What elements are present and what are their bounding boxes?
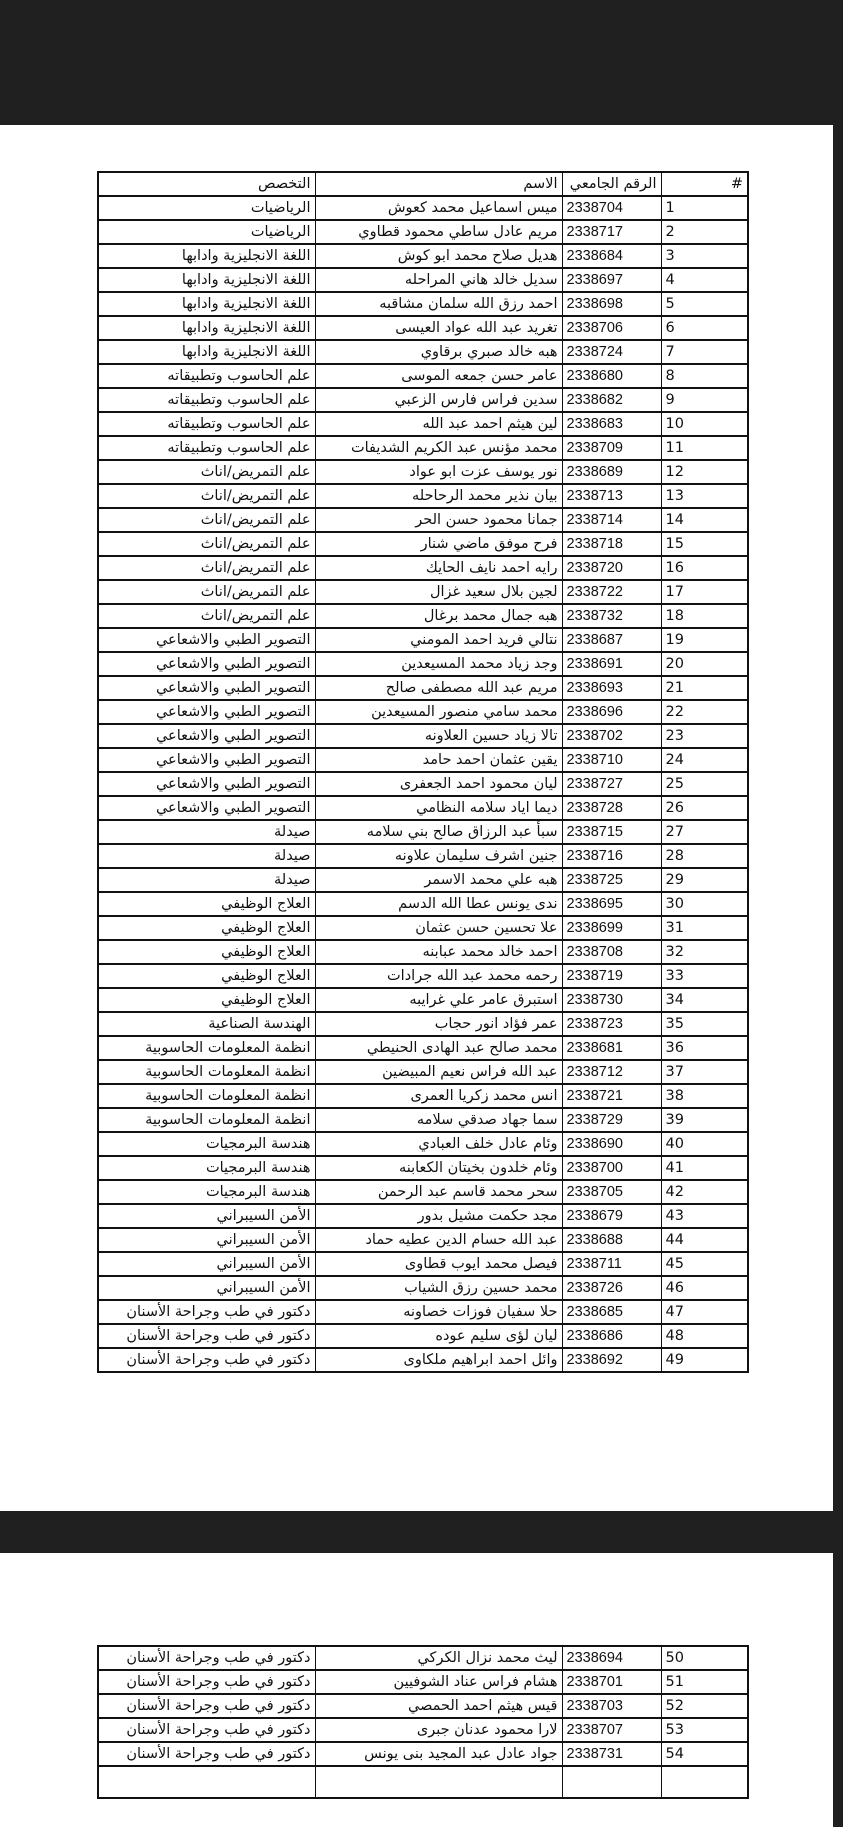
table-row: 342338730استبرق عامر علي غرايبهالعلاج ال… (98, 988, 748, 1012)
specialty-cell: علم الحاسوب وتطبيقاته (98, 364, 315, 388)
university-id-cell: 2338690 (562, 1132, 661, 1156)
student-name-cell: محمد حسين رزق الشياب (315, 1276, 562, 1300)
student-name-cell: ديما اياد سلامه النظامي (315, 796, 562, 820)
table-row: 12338704ميس اسماعيل محمد كعوشالرياضيات (98, 196, 748, 220)
specialty-cell: علم التمريض/اناث (98, 508, 315, 532)
specialty-cell: العلاج الوظيفي (98, 916, 315, 940)
student-name-cell: وئام عادل خلف العبادي (315, 1132, 562, 1156)
row-number: 32 (661, 940, 748, 964)
specialty-cell: التصوير الطبي والاشعاعي (98, 724, 315, 748)
row-number: 14 (661, 508, 748, 532)
university-id-cell: 2338686 (562, 1324, 661, 1348)
specialty-cell: العلاج الوظيفي (98, 988, 315, 1012)
row-number: 37 (661, 1060, 748, 1084)
row-number: 45 (661, 1252, 748, 1276)
specialty-cell: علم التمريض/اناث (98, 604, 315, 628)
table-row: 102338683لين هيثم احمد عبد اللهعلم الحاس… (98, 412, 748, 436)
university-id-cell: 2338684 (562, 244, 661, 268)
university-id-cell: 2338689 (562, 460, 661, 484)
student-name-cell: سحر محمد قاسم عبد الرحمن (315, 1180, 562, 1204)
university-id-cell: 2338703 (562, 1694, 661, 1718)
row-number: 8 (661, 364, 748, 388)
students-table: # الرقم الجامعي الاسم التخصص 12338704ميس… (97, 171, 749, 1373)
university-id-cell: 2338717 (562, 220, 661, 244)
row-number: 49 (661, 1348, 748, 1372)
specialty-cell: اللغة الانجليزية وادابها (98, 292, 315, 316)
university-id-cell: 2338702 (562, 724, 661, 748)
student-name-cell: عبد الله حسام الدين عطيه حماد (315, 1228, 562, 1252)
empty-cell (315, 1766, 562, 1798)
table-row: 252338727ليان محمود احمد الجعفرىالتصوير … (98, 772, 748, 796)
table-row: 112338709محمد مؤنس عبد الكريم الشديفاتعل… (98, 436, 748, 460)
university-id-cell: 2338719 (562, 964, 661, 988)
university-id-cell: 2338727 (562, 772, 661, 796)
university-id-cell: 2338710 (562, 748, 661, 772)
table-row: 372338712عبد الله فراس نعيم المبيضينانظم… (98, 1060, 748, 1084)
row-number: 38 (661, 1084, 748, 1108)
table-row: 492338692وائل احمد ابراهيم ملكاوىدكتور ف… (98, 1348, 748, 1372)
specialty-cell: صيدلة (98, 868, 315, 892)
university-id-cell: 2338731 (562, 1742, 661, 1766)
row-number: 20 (661, 652, 748, 676)
table-row: 502338694ليث محمد نزال الكركيدكتور في طب… (98, 1646, 748, 1670)
table-row: 292338725هبه علي محمد الاسمرصيدلة (98, 868, 748, 892)
specialty-cell: الأمن السيبراني (98, 1252, 315, 1276)
table-row: 402338690وئام عادل خلف العباديهندسة البر… (98, 1132, 748, 1156)
table-row: 392338729سما جهاد صدقي سلامهانظمة المعلو… (98, 1108, 748, 1132)
row-number: 24 (661, 748, 748, 772)
university-id-cell: 2338722 (562, 580, 661, 604)
document-page-2: 502338694ليث محمد نزال الكركيدكتور في طب… (0, 1553, 833, 1827)
student-name-cell: جمانا محمود حسن الحر (315, 508, 562, 532)
student-name-cell: قيس هيثم احمد الحمصي (315, 1694, 562, 1718)
student-name-cell: وجد زياد محمد المسيعدين (315, 652, 562, 676)
student-name-cell: تغريد عبد الله عواد العيسى (315, 316, 562, 340)
student-name-cell: هبه علي محمد الاسمر (315, 868, 562, 892)
student-name-cell: احمد خالد محمد عبابنه (315, 940, 562, 964)
university-id-cell: 2338698 (562, 292, 661, 316)
university-id-cell: 2338721 (562, 1084, 661, 1108)
table-row: 262338728ديما اياد سلامه النظاميالتصوير … (98, 796, 748, 820)
table-row: 22338717مريم عادل ساطي محمود قطاويالرياض… (98, 220, 748, 244)
specialty-cell: التصوير الطبي والاشعاعي (98, 772, 315, 796)
university-id-cell: 2338728 (562, 796, 661, 820)
row-number: 4 (661, 268, 748, 292)
specialty-cell: علم الحاسوب وتطبيقاته (98, 436, 315, 460)
row-number: 34 (661, 988, 748, 1012)
row-number: 28 (661, 844, 748, 868)
university-id-cell: 2338707 (562, 1718, 661, 1742)
university-id-cell: 2338696 (562, 700, 661, 724)
row-number: 6 (661, 316, 748, 340)
empty-cell (562, 1766, 661, 1798)
university-id-cell: 2338720 (562, 556, 661, 580)
right-dark-edge (833, 125, 843, 1827)
specialty-cell: صيدلة (98, 844, 315, 868)
student-name-cell: سدين فراس فارس الزعبي (315, 388, 562, 412)
student-name-cell: محمد صالح عبد الهادى الحنيطي (315, 1036, 562, 1060)
student-name-cell: فرح موفق ماضي شنار (315, 532, 562, 556)
table-row: 272338715سبأ عبد الرزاق صالح بني سلامهصي… (98, 820, 748, 844)
row-number: 54 (661, 1742, 748, 1766)
row-number: 30 (661, 892, 748, 916)
student-name-cell: ندى يونس عطا الله الدسم (315, 892, 562, 916)
specialty-cell: العلاج الوظيفي (98, 964, 315, 988)
specialty-cell: دكتور في طب وجراحة الأسنان (98, 1348, 315, 1372)
table-row: 412338700وئام خلدون بخيتان الكعابنههندسة… (98, 1156, 748, 1180)
university-id-cell: 2338682 (562, 388, 661, 412)
row-number: 2 (661, 220, 748, 244)
table-row: 462338726محمد حسين رزق الشيابالأمن السيب… (98, 1276, 748, 1300)
table-row: 542338731جواد عادل عبد المجيد بنى يونسدك… (98, 1742, 748, 1766)
row-number: 5 (661, 292, 748, 316)
empty-cell (661, 1766, 748, 1798)
table-row: 192338687نتالي فريد احمد المومنيالتصوير … (98, 628, 748, 652)
student-name-cell: رحمه محمد عبد الله جرادات (315, 964, 562, 988)
specialty-cell: التصوير الطبي والاشعاعي (98, 796, 315, 820)
specialty-cell: انظمة المعلومات الحاسوبية (98, 1084, 315, 1108)
table-row: 532338707لارا محمود عدنان جبرىدكتور في ط… (98, 1718, 748, 1742)
empty-cell (98, 1766, 315, 1798)
row-number: 53 (661, 1718, 748, 1742)
table-row: 172338722لجين بلال سعيد غزالعلم التمريض/… (98, 580, 748, 604)
specialty-cell: دكتور في طب وجراحة الأسنان (98, 1694, 315, 1718)
row-number: 40 (661, 1132, 748, 1156)
row-number: 41 (661, 1156, 748, 1180)
student-name-cell: نور يوسف عزت ابو عواد (315, 460, 562, 484)
student-name-cell: لارا محمود عدنان جبرى (315, 1718, 562, 1742)
table-row: 182338732هبه جمال محمد برغالعلم التمريض/… (98, 604, 748, 628)
table-row: 242338710يقين عثمان احمد حامدالتصوير الط… (98, 748, 748, 772)
table-row: 132338713بيان نذير محمد الرحاحلهعلم التم… (98, 484, 748, 508)
university-id-cell: 2338714 (562, 508, 661, 532)
row-number: 16 (661, 556, 748, 580)
table-row: 522338703قيس هيثم احمد الحمصيدكتور في طب… (98, 1694, 748, 1718)
university-id-cell: 2338724 (562, 340, 661, 364)
student-name-cell: هبه جمال محمد برغال (315, 604, 562, 628)
specialty-cell: اللغة الانجليزية وادابها (98, 340, 315, 364)
student-name-cell: هشام فراس عناد الشوفيين (315, 1670, 562, 1694)
top-dark-band (0, 0, 843, 125)
row-number: 44 (661, 1228, 748, 1252)
student-name-cell: يقين عثمان احمد حامد (315, 748, 562, 772)
specialty-cell: هندسة البرمجيات (98, 1132, 315, 1156)
header-university-id: الرقم الجامعي (562, 172, 661, 196)
row-number: 13 (661, 484, 748, 508)
specialty-cell: اللغة الانجليزية وادابها (98, 244, 315, 268)
specialty-cell: علم التمريض/اناث (98, 484, 315, 508)
row-number: 1 (661, 196, 748, 220)
university-id-cell: 2338726 (562, 1276, 661, 1300)
row-number: 11 (661, 436, 748, 460)
student-name-cell: نتالي فريد احمد المومني (315, 628, 562, 652)
university-id-cell: 2338732 (562, 604, 661, 628)
student-name-cell: فيصل محمد ايوب قطاوى (315, 1252, 562, 1276)
table-row: 202338691وجد زياد محمد المسيعدينالتصوير … (98, 652, 748, 676)
table-row: 72338724هبه خالد صبري برقاوياللغة الانجل… (98, 340, 748, 364)
table-row: 302338695ندى يونس عطا الله الدسمالعلاج ا… (98, 892, 748, 916)
student-name-cell: لجين بلال سعيد غزال (315, 580, 562, 604)
specialty-cell: التصوير الطبي والاشعاعي (98, 700, 315, 724)
student-name-cell: عامر حسن جمعه الموسى (315, 364, 562, 388)
specialty-cell: العلاج الوظيفي (98, 892, 315, 916)
table-row: 82338680عامر حسن جمعه الموسىعلم الحاسوب … (98, 364, 748, 388)
table-header-row: # الرقم الجامعي الاسم التخصص (98, 172, 748, 196)
university-id-cell: 2338683 (562, 412, 661, 436)
table-row: 332338719رحمه محمد عبد الله جراداتالعلاج… (98, 964, 748, 988)
specialty-cell: التصوير الطبي والاشعاعي (98, 748, 315, 772)
student-name-cell: لين هيثم احمد عبد الله (315, 412, 562, 436)
student-name-cell: سما جهاد صدقي سلامه (315, 1108, 562, 1132)
row-number: 50 (661, 1646, 748, 1670)
table-row: 362338681محمد صالح عبد الهادى الحنيطيانظ… (98, 1036, 748, 1060)
student-name-cell: رايه احمد نايف الحايك (315, 556, 562, 580)
table-row: 212338693مريم عبد الله مصطفى صالحالتصوير… (98, 676, 748, 700)
student-name-cell: علا تحسين حسن عثمان (315, 916, 562, 940)
university-id-cell: 2338704 (562, 196, 661, 220)
row-number: 23 (661, 724, 748, 748)
university-id-cell: 2338701 (562, 1670, 661, 1694)
row-number: 19 (661, 628, 748, 652)
header-num: # (661, 172, 748, 196)
row-number: 47 (661, 1300, 748, 1324)
university-id-cell: 2338693 (562, 676, 661, 700)
row-number: 35 (661, 1012, 748, 1036)
university-id-cell: 2338694 (562, 1646, 661, 1670)
student-name-cell: وئام خلدون بخيتان الكعابنه (315, 1156, 562, 1180)
student-name-cell: وائل احمد ابراهيم ملكاوى (315, 1348, 562, 1372)
university-id-cell: 2338713 (562, 484, 661, 508)
row-number: 43 (661, 1204, 748, 1228)
table-row: 42338697سديل خالد هاني المراحلهاللغة الا… (98, 268, 748, 292)
table-row: 52338698احمد رزق الله سلمان مشاقبهاللغة … (98, 292, 748, 316)
student-name-cell: مريم عادل ساطي محمود قطاوي (315, 220, 562, 244)
student-name-cell: ميس اسماعيل محمد كعوش (315, 196, 562, 220)
table-row: 32338684هديل صلاح محمد ابو كوشاللغة الان… (98, 244, 748, 268)
student-name-cell: محمد سامي منصور المسيعدين (315, 700, 562, 724)
row-number: 42 (661, 1180, 748, 1204)
specialty-cell: الرياضيات (98, 196, 315, 220)
student-name-cell: بيان نذير محمد الرحاحله (315, 484, 562, 508)
university-id-cell: 2338706 (562, 316, 661, 340)
table-row: 512338701هشام فراس عناد الشوفييندكتور في… (98, 1670, 748, 1694)
row-number: 29 (661, 868, 748, 892)
specialty-cell: دكتور في طب وجراحة الأسنان (98, 1646, 315, 1670)
specialty-cell: اللغة الانجليزية وادابها (98, 268, 315, 292)
student-name-cell: محمد مؤنس عبد الكريم الشديفات (315, 436, 562, 460)
table-row: 152338718فرح موفق ماضي شنارعلم التمريض/ا… (98, 532, 748, 556)
specialty-cell: الأمن السيبراني (98, 1276, 315, 1300)
university-id-cell: 2338711 (562, 1252, 661, 1276)
student-name-cell: ليان لؤى سليم عوده (315, 1324, 562, 1348)
row-number: 27 (661, 820, 748, 844)
specialty-cell: انظمة المعلومات الحاسوبية (98, 1060, 315, 1084)
student-name-cell: هديل صلاح محمد ابو كوش (315, 244, 562, 268)
table-body: 502338694ليث محمد نزال الكركيدكتور في طب… (98, 1646, 748, 1798)
specialty-cell: علم التمريض/اناث (98, 532, 315, 556)
row-number: 31 (661, 916, 748, 940)
table-body: 12338704ميس اسماعيل محمد كعوشالرياضيات22… (98, 196, 748, 1372)
table-row: 122338689نور يوسف عزت ابو عوادعلم التمري… (98, 460, 748, 484)
row-number: 9 (661, 388, 748, 412)
header-name: الاسم (315, 172, 562, 196)
table-row: 282338716جنين اشرف سليمان علاونهصيدلة (98, 844, 748, 868)
row-number: 52 (661, 1694, 748, 1718)
university-id-cell: 2338680 (562, 364, 661, 388)
university-id-cell: 2338697 (562, 268, 661, 292)
table-row: 422338705سحر محمد قاسم عبد الرحمنهندسة ا… (98, 1180, 748, 1204)
university-id-cell: 2338687 (562, 628, 661, 652)
row-number: 51 (661, 1670, 748, 1694)
table-row: 482338686ليان لؤى سليم عودهدكتور في طب و… (98, 1324, 748, 1348)
row-number: 7 (661, 340, 748, 364)
row-number: 22 (661, 700, 748, 724)
specialty-cell: دكتور في طب وجراحة الأسنان (98, 1718, 315, 1742)
university-id-cell: 2338709 (562, 436, 661, 460)
table-row: 62338706تغريد عبد الله عواد العيسىاللغة … (98, 316, 748, 340)
row-number: 46 (661, 1276, 748, 1300)
row-number: 21 (661, 676, 748, 700)
university-id-cell: 2338695 (562, 892, 661, 916)
row-number: 39 (661, 1108, 748, 1132)
specialty-cell: العلاج الوظيفي (98, 940, 315, 964)
row-number: 33 (661, 964, 748, 988)
university-id-cell: 2338718 (562, 532, 661, 556)
specialty-cell: الرياضيات (98, 220, 315, 244)
table-row: 142338714جمانا محمود حسن الحرعلم التمريض… (98, 508, 748, 532)
specialty-cell: اللغة الانجليزية وادابها (98, 316, 315, 340)
table-row: 312338699علا تحسين حسن عثمانالعلاج الوظي… (98, 916, 748, 940)
specialty-cell: دكتور في طب وجراحة الأسنان (98, 1742, 315, 1766)
student-name-cell: مجد حكمت مشيل بدور (315, 1204, 562, 1228)
student-name-cell: جنين اشرف سليمان علاونه (315, 844, 562, 868)
table-row: 382338721انس محمد زكريا العمرىانظمة المع… (98, 1084, 748, 1108)
student-name-cell: تالا زياد حسين العلاونه (315, 724, 562, 748)
university-id-cell: 2338715 (562, 820, 661, 844)
university-id-cell: 2338712 (562, 1060, 661, 1084)
table-row: 92338682سدين فراس فارس الزعبيعلم الحاسوب… (98, 388, 748, 412)
specialty-cell: انظمة المعلومات الحاسوبية (98, 1036, 315, 1060)
student-name-cell: عبد الله فراس نعيم المبيضين (315, 1060, 562, 1084)
student-name-cell: مريم عبد الله مصطفى صالح (315, 676, 562, 700)
university-id-cell: 2338716 (562, 844, 661, 868)
specialty-cell: دكتور في طب وجراحة الأسنان (98, 1300, 315, 1324)
specialty-cell: علم التمريض/اناث (98, 580, 315, 604)
table-row: 472338685حلا سفيان فوزات خصاونهدكتور في … (98, 1300, 748, 1324)
specialty-cell: دكتور في طب وجراحة الأسنان (98, 1324, 315, 1348)
specialty-cell: دكتور في طب وجراحة الأسنان (98, 1670, 315, 1694)
table-row: 232338702تالا زياد حسين العلاونهالتصوير … (98, 724, 748, 748)
university-id-cell: 2338681 (562, 1036, 661, 1060)
table-row: 442338688عبد الله حسام الدين عطيه حمادال… (98, 1228, 748, 1252)
specialty-cell: الهندسة الصناعية (98, 1012, 315, 1036)
specialty-cell: هندسة البرمجيات (98, 1156, 315, 1180)
specialty-cell: هندسة البرمجيات (98, 1180, 315, 1204)
university-id-cell: 2338679 (562, 1204, 661, 1228)
specialty-cell: الأمن السيبراني (98, 1228, 315, 1252)
table-row: 222338696محمد سامي منصور المسيعدينالتصوي… (98, 700, 748, 724)
table-row: 322338708احمد خالد محمد عبابنهالعلاج الو… (98, 940, 748, 964)
row-number: 15 (661, 532, 748, 556)
student-name-cell: انس محمد زكريا العمرى (315, 1084, 562, 1108)
university-id-cell: 2338685 (562, 1300, 661, 1324)
document-page-1: # الرقم الجامعي الاسم التخصص 12338704ميس… (0, 125, 833, 1511)
students-table-continued: 502338694ليث محمد نزال الكركيدكتور في طب… (97, 1645, 749, 1799)
row-number: 36 (661, 1036, 748, 1060)
row-number: 26 (661, 796, 748, 820)
table-row: 352338723عمر فؤاد انور حجابالهندسة الصنا… (98, 1012, 748, 1036)
student-name-cell: احمد رزق الله سلمان مشاقبه (315, 292, 562, 316)
specialty-cell: علم التمريض/اناث (98, 556, 315, 580)
student-name-cell: ليان محمود احمد الجعفرى (315, 772, 562, 796)
header-specialty: التخصص (98, 172, 315, 196)
specialty-cell: علم الحاسوب وتطبيقاته (98, 412, 315, 436)
university-id-cell: 2338699 (562, 916, 661, 940)
university-id-cell: 2338691 (562, 652, 661, 676)
row-number: 3 (661, 244, 748, 268)
page-separator-band (0, 1511, 843, 1553)
empty-table-row (98, 1766, 748, 1798)
student-name-cell: استبرق عامر علي غرايبه (315, 988, 562, 1012)
university-id-cell: 2338688 (562, 1228, 661, 1252)
row-number: 18 (661, 604, 748, 628)
student-name-cell: ليث محمد نزال الكركي (315, 1646, 562, 1670)
university-id-cell: 2338692 (562, 1348, 661, 1372)
university-id-cell: 2338708 (562, 940, 661, 964)
row-number: 10 (661, 412, 748, 436)
specialty-cell: التصوير الطبي والاشعاعي (98, 628, 315, 652)
student-name-cell: سبأ عبد الرزاق صالح بني سلامه (315, 820, 562, 844)
specialty-cell: علم الحاسوب وتطبيقاته (98, 388, 315, 412)
row-number: 25 (661, 772, 748, 796)
student-name-cell: هبه خالد صبري برقاوي (315, 340, 562, 364)
student-name-cell: حلا سفيان فوزات خصاونه (315, 1300, 562, 1324)
table-row: 162338720رايه احمد نايف الحايكعلم التمري… (98, 556, 748, 580)
specialty-cell: صيدلة (98, 820, 315, 844)
university-id-cell: 2338700 (562, 1156, 661, 1180)
row-number: 12 (661, 460, 748, 484)
table-row: 432338679مجد حكمت مشيل بدورالأمن السيبرا… (98, 1204, 748, 1228)
university-id-cell: 2338723 (562, 1012, 661, 1036)
student-name-cell: سديل خالد هاني المراحله (315, 268, 562, 292)
specialty-cell: التصوير الطبي والاشعاعي (98, 676, 315, 700)
university-id-cell: 2338725 (562, 868, 661, 892)
university-id-cell: 2338705 (562, 1180, 661, 1204)
specialty-cell: انظمة المعلومات الحاسوبية (98, 1108, 315, 1132)
specialty-cell: علم التمريض/اناث (98, 460, 315, 484)
university-id-cell: 2338730 (562, 988, 661, 1012)
university-id-cell: 2338729 (562, 1108, 661, 1132)
row-number: 17 (661, 580, 748, 604)
row-number: 48 (661, 1324, 748, 1348)
specialty-cell: التصوير الطبي والاشعاعي (98, 652, 315, 676)
student-name-cell: جواد عادل عبد المجيد بنى يونس (315, 1742, 562, 1766)
table-row: 452338711فيصل محمد ايوب قطاوىالأمن السيب… (98, 1252, 748, 1276)
student-name-cell: عمر فؤاد انور حجاب (315, 1012, 562, 1036)
specialty-cell: الأمن السيبراني (98, 1204, 315, 1228)
